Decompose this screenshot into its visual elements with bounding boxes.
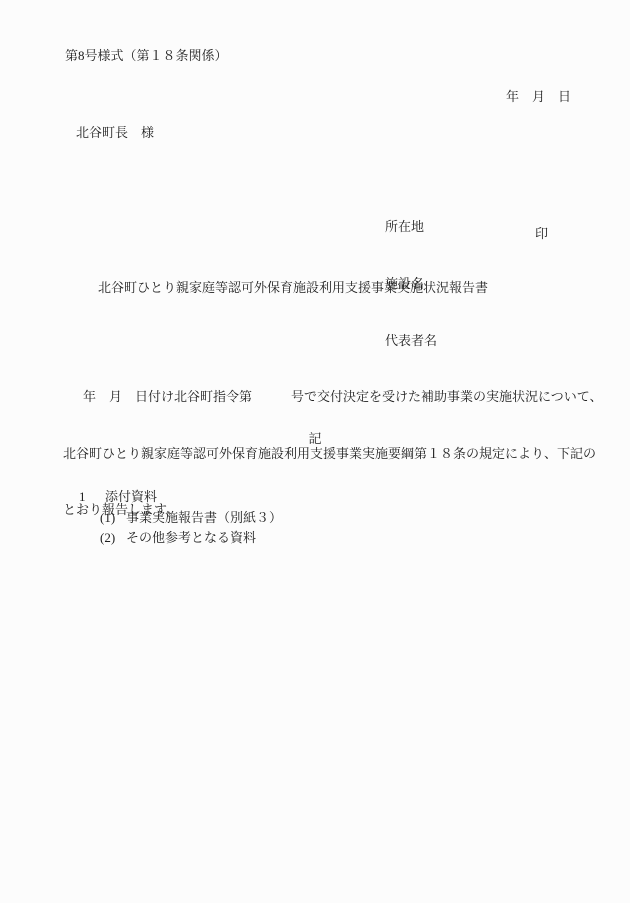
- document-page: 第8号様式（第１８条関係） 年 月 日 北谷町長 様 所在地 施設名 代表者名 …: [0, 0, 630, 903]
- attachment-item: (2)その他参考となる資料: [87, 511, 256, 564]
- ki-marker: 記: [0, 430, 630, 448]
- seal-mark: 印: [535, 225, 548, 243]
- date-line: 年 月 日: [506, 88, 571, 106]
- attachment-item-2-label: その他参考となる資料: [126, 530, 256, 545]
- sender-representative-label: 代表者名: [385, 330, 437, 352]
- addressee: 北谷町長 様: [76, 124, 154, 142]
- document-title: 北谷町ひとり親家庭等認可外保育施設利用支援事業実施状況報告書: [98, 279, 488, 297]
- body-line-1: 年 月 日付け北谷町指令第 号で交付決定を受けた補助事業の実施状況について、: [63, 386, 603, 408]
- form-number: 第8号様式（第１８条関係）: [65, 47, 228, 65]
- attachment-item-2-number: (2): [100, 529, 126, 547]
- sender-address-label: 所在地: [385, 216, 437, 238]
